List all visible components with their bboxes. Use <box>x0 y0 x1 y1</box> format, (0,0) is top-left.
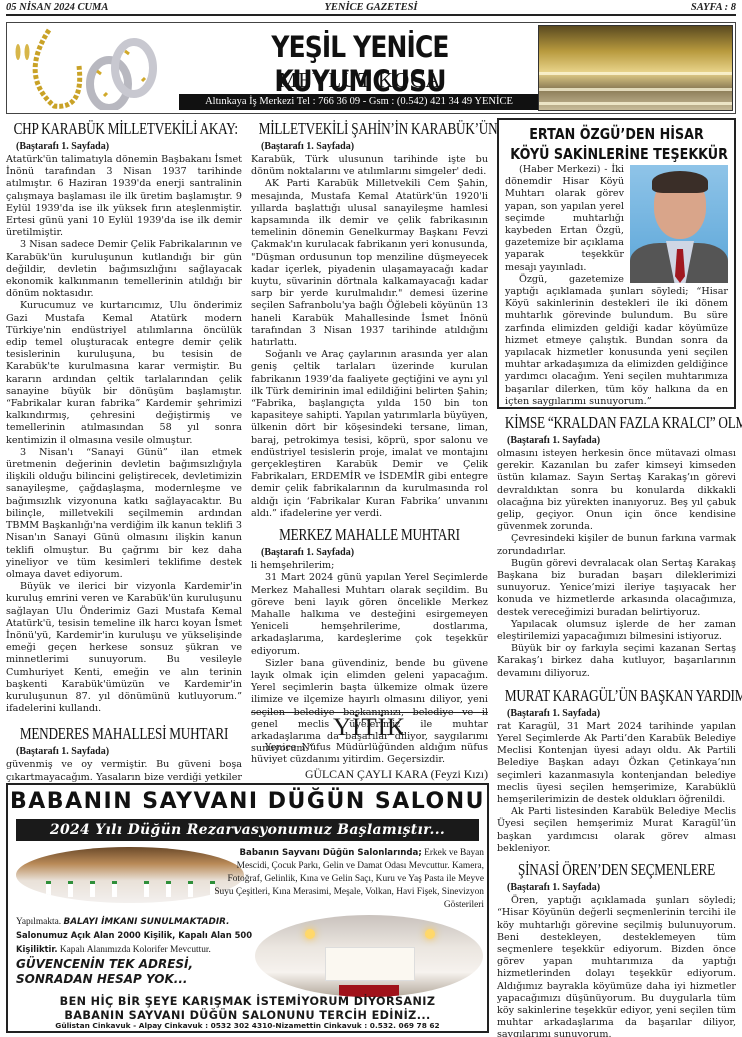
jewellery-store-image <box>538 25 733 111</box>
honeymoon-offer: BALAYI İMKANI SUNULMAKTADIR. <box>63 917 229 927</box>
slogan-line-1: GÜVENCENİN TEK ADRESİ, <box>16 957 256 972</box>
paragraph: Özgü, gazetemize yaptığı açıklamada şunl… <box>505 274 728 408</box>
headline-line-2: KÖYÜ SAKİNLERİNE TEŞEKKÜR <box>510 144 722 164</box>
paragraph: Büyük ve ilerici bir vizyonla Kardemir'i… <box>6 581 242 715</box>
continued-note: (Baştarafı 1. Sayfada) <box>16 140 242 154</box>
continued-note: (Baştarafı 1. Sayfada) <box>16 745 242 759</box>
cta-line-1: BEN HİÇ BİR ŞEYE KARIŞMAK İSTEMİYORUM Dİ… <box>8 995 487 1009</box>
paper-name: YENİCE GAZETESİ <box>6 2 736 13</box>
column-3: ERTAN ÖZGÜ’DEN HİSAR KÖYÜ SAKİNLERİNE TE… <box>497 118 736 1037</box>
call-to-action: BEN HİÇ BİR ŞEYE KARIŞMAK İSTEMİYORUM Dİ… <box>8 995 487 1023</box>
paragraph: li hemşehrilerim; <box>251 560 488 572</box>
article-kralci: KİMSE “KRALDAN FAZLA KRALCI” OLMASIN (Ba… <box>497 412 736 680</box>
continued-note: (Baştarafı 1. Sayfada) <box>507 434 736 448</box>
headline: KİMSE “KRALDAN FAZLA KRALCI” OLMASIN <box>505 412 728 434</box>
paragraph: Soğanlı ve Araç çaylarının arasında yer … <box>251 349 488 520</box>
headline: MENDERES MAHALLESİ MUHTARI <box>14 723 235 745</box>
headline: MURAT KARAGÜL’ÜN BAŞKAN YARDIMCISI <box>505 685 728 707</box>
headline: ŞİNASİ ÖREN’DEN SEÇMENLERE <box>505 859 728 881</box>
services-lead: Babanın Sayvanı Düğün Salonlarında; <box>240 848 422 858</box>
continued-note: (Baştarafı 1. Sayfada) <box>507 707 736 721</box>
article-ozgu: ERTAN ÖZGÜ’DEN HİSAR KÖYÜ SAKİNLERİNE TE… <box>497 118 736 409</box>
paragraph: olmasını isteyen herkesin önce mütavazi … <box>497 448 736 533</box>
article-karagul: MURAT KARAGÜL’ÜN BAŞKAN YARDIMCISI (Başt… <box>497 685 736 855</box>
jewellery-necklace-rings-image <box>9 26 174 110</box>
paragraph: Çevresindeki kişiler de bunun farkına va… <box>497 533 736 557</box>
paragraph: rat Karagül, 31 Mart 2024 tarihinde yapı… <box>497 721 736 806</box>
jeweller-owner: MEVLÜT KOCA <box>175 68 545 93</box>
lost-notice: YİTİK Yenice Nüfus Müdürlüğünden aldığım… <box>251 714 488 781</box>
page-number: SAYFA : 8 <box>691 2 736 13</box>
paragraph: 31 Mart 2024 günü yapılan Yerel Seçimler… <box>251 572 488 657</box>
article-sahin: MİLLETVEKİLİ ŞAHİN’İN KARABÜK’ÜN (Baştar… <box>251 118 488 520</box>
portrait-photo <box>630 165 728 283</box>
wedding-hall-indoor-image <box>255 915 483 997</box>
paragraph: 3 Nisan'ı “Sanayi Günü” ilan etmek üretm… <box>6 447 242 581</box>
services-text: Babanın Sayvanı Düğün Salonlarında; Erke… <box>214 847 484 912</box>
headline: MİLLETVEKİLİ ŞAHİN’İN KARABÜK’ÜN <box>259 118 481 140</box>
details-text: Yapılmakta. BALAYI İMKANI SUNULMAKTADIR.… <box>16 916 261 957</box>
masthead: 05 NİSAN 2024 CUMA YENİCE GAZETESİ SAYFA… <box>6 2 736 16</box>
slogan: GÜVENCENİN TEK ADRESİ, SONRADAN HESAP YO… <box>16 957 256 986</box>
article-akay: CHP KARABÜK MİLLETVEKİLİ AKAY: (Baştaraf… <box>6 118 242 715</box>
continued-note: (Baştarafı 1. Sayfada) <box>261 140 488 154</box>
wedding-hall-advert: BABANIN SAYVANI DÜĞÜN SALONU 2024 Yılı D… <box>6 783 489 1033</box>
paragraph: AK Parti Karabük Milletvekili Cem Şahin,… <box>251 178 488 349</box>
heating-info: Kapalı Alanımızda Kolorifer Mevcuttur. <box>60 945 211 955</box>
paragraph: 3 Nisan sadece Demir Çelik Fabrikalarını… <box>6 239 242 300</box>
wedding-hall-name: BABANIN SAYVANI DÜĞÜN SALONU <box>8 789 487 814</box>
lost-notice-title: YİTİK <box>251 714 488 742</box>
paragraph: Büyük bir oy farkıyla seçimi kazanan Ser… <box>497 643 736 680</box>
reservation-banner: 2024 Yılı Düğün Rezarvasyonumuz Başlamış… <box>16 819 479 841</box>
jeweller-advert: YEŞİL YENİCE KUYUMCUSU MEVLÜT KOCA Altın… <box>6 22 736 114</box>
paragraph: Atatürk'ün talimatıyla dönemin Başbakanı… <box>6 154 242 239</box>
wedding-hall-outdoor-image <box>16 847 244 903</box>
paragraph: Ak Parti listesinden Karabük Belediye Me… <box>497 806 736 855</box>
paragraph: Kurucumuz ve kurtarıcımız, Ulu önderimiz… <box>6 300 242 446</box>
jeweller-contact: Altınkaya İş Merkezi Tel : 766 36 09 - G… <box>179 94 539 110</box>
headline-line-1: ERTAN ÖZGÜ’DEN HİSAR <box>510 124 722 144</box>
column-1: CHP KARABÜK MİLLETVEKİLİ AKAY: (Baştaraf… <box>6 118 242 833</box>
headline: CHP KARABÜK MİLLETVEKİLİ AKAY: <box>14 118 235 140</box>
services-tail: Yapılmakta. <box>16 917 61 927</box>
column-2: MİLLETVEKİLİ ŞAHİN’İN KARABÜK’ÜN (Baştar… <box>251 118 488 755</box>
article-oren: ŞİNASİ ÖREN’DEN SEÇMENLERE (Baştarafı 1.… <box>497 859 736 1037</box>
lost-notice-signature: GÜLCAN ÇAYLI KARA (Feyzi Kızı) <box>251 767 488 781</box>
paragraph: Ören, yaptığı açıklamada şunları söyledi… <box>497 895 736 1037</box>
continued-note: (Baştarafı 1. Sayfada) <box>507 881 736 895</box>
continued-note: (Baştarafı 1. Sayfada) <box>261 546 488 560</box>
headline: MERKEZ MAHALLE MUHTARI <box>259 524 481 546</box>
contact-numbers: Gülistan Cinkavuk - Alpay Cinkavuk : 053… <box>8 1021 487 1030</box>
paragraph: Bugün görevi devralacak olan Sertaş Kara… <box>497 558 736 619</box>
paragraph: Karabük, Türk ulusunun tarihinde işte bu… <box>251 154 488 178</box>
paragraph: Yapılacak olumsuz işlerde de her zaman e… <box>497 619 736 643</box>
slogan-line-2: SONRADAN HESAP YOK... <box>16 972 256 987</box>
divider <box>251 712 488 713</box>
lost-notice-body: Yenice Nüfus Müdürlüğünden aldığım nüfus… <box>251 742 488 766</box>
